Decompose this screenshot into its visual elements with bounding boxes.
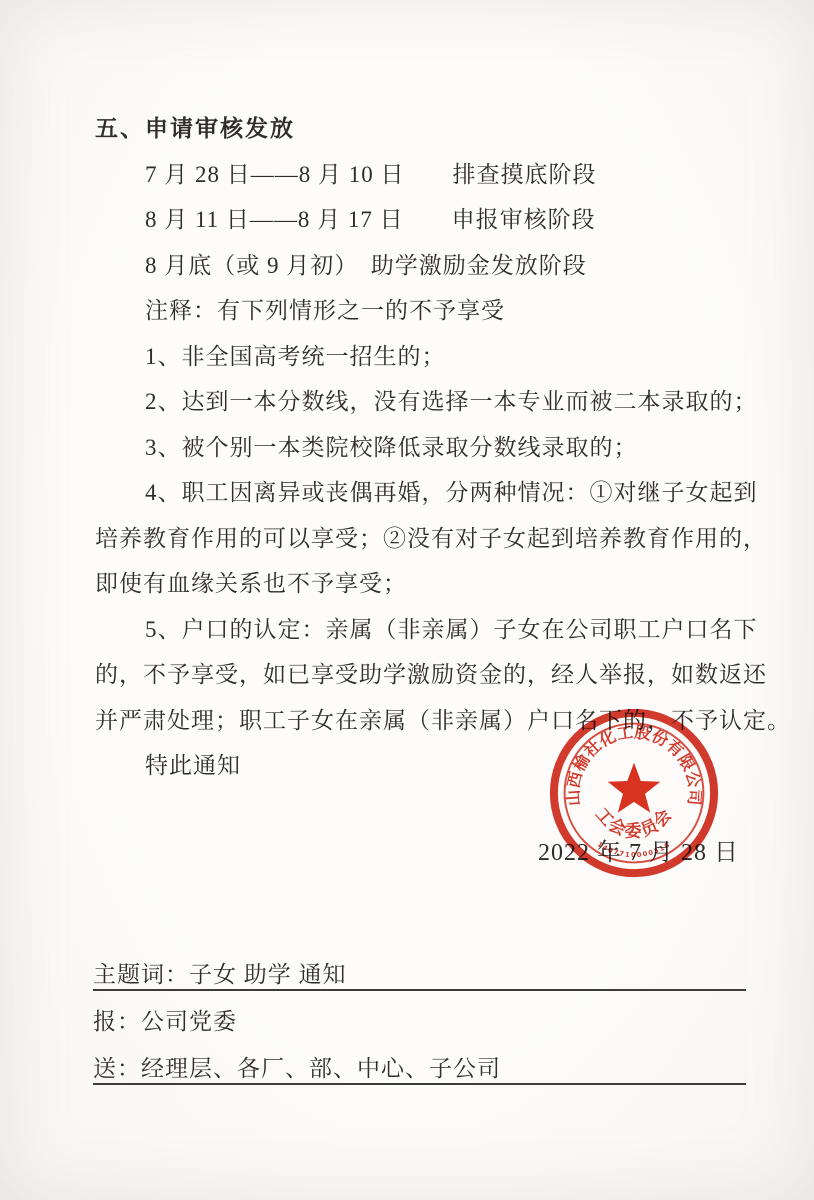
body-line: 7 月 28 日——8 月 10 日 排查摸底阶段 xyxy=(95,152,753,198)
body-line: 的，不予享受，如已享受助学激励资金的，经人举报，如数返还 xyxy=(95,652,753,698)
seal-organization-name: 工会委员会 xyxy=(592,804,676,841)
footer-line: 主题词：子女 助学 通知 xyxy=(93,958,750,1005)
footer-lines: 主题词：子女 助学 通知报：公司党委送：经理层、各厂、部、中心、子公司 xyxy=(93,958,750,1099)
body-line: 8 月 11 日——8 月 17 日 申报审核阶段 xyxy=(95,197,753,243)
svg-text:工会委员会: 工会委员会 xyxy=(592,804,676,841)
body-line: 注释：有下列情形之一的不予享受 xyxy=(95,288,753,334)
document-footer: 主题词：子女 助学 通知报：公司党委送：经理层、各厂、部、中心、子公司 xyxy=(93,958,750,1099)
seal-star-icon xyxy=(608,763,661,813)
body-line: 4、职工因离异或丧偶再婚，分两种情况：①对继子女起到 xyxy=(95,470,753,516)
footer-line: 报：公司党委 xyxy=(93,1005,750,1052)
body-lines: 7 月 28 日——8 月 10 日 排查摸底阶段8 月 11 日——8 月 1… xyxy=(95,152,753,789)
body-line: 1、非全国高考统一招生的； xyxy=(95,334,753,380)
document-body: 五、申请审核发放 7 月 28 日——8 月 10 日 排查摸底阶段8 月 11… xyxy=(95,106,753,789)
body-line: 培养教育作用的可以享受；②没有对子女起到培养教育作用的， xyxy=(95,516,753,562)
section-heading: 五、申请审核发放 xyxy=(95,106,753,152)
body-line: 3、被个别一本类院校降低录取分数线录取的； xyxy=(95,425,753,471)
document-page: 五、申请审核发放 7 月 28 日——8 月 10 日 排查摸底阶段8 月 11… xyxy=(0,0,814,1200)
body-line: 2、达到一本分数线，没有选择一本专业而被二本录取的； xyxy=(95,379,753,425)
body-line: 8 月底（或 9 月初） 助学激励金发放阶段 xyxy=(95,243,753,289)
body-line: 即使有血缘关系也不予享受； xyxy=(95,561,753,607)
footer-line: 送：经理层、各厂、部、中心、子公司 xyxy=(93,1052,750,1099)
body-line: 5、户口的认定：亲属（非亲属）子女在公司职工户口名下 xyxy=(95,607,753,653)
official-seal-stamp: 山西榆社化工股份有限公司 工会委员会 1407710000316 xyxy=(545,704,723,882)
